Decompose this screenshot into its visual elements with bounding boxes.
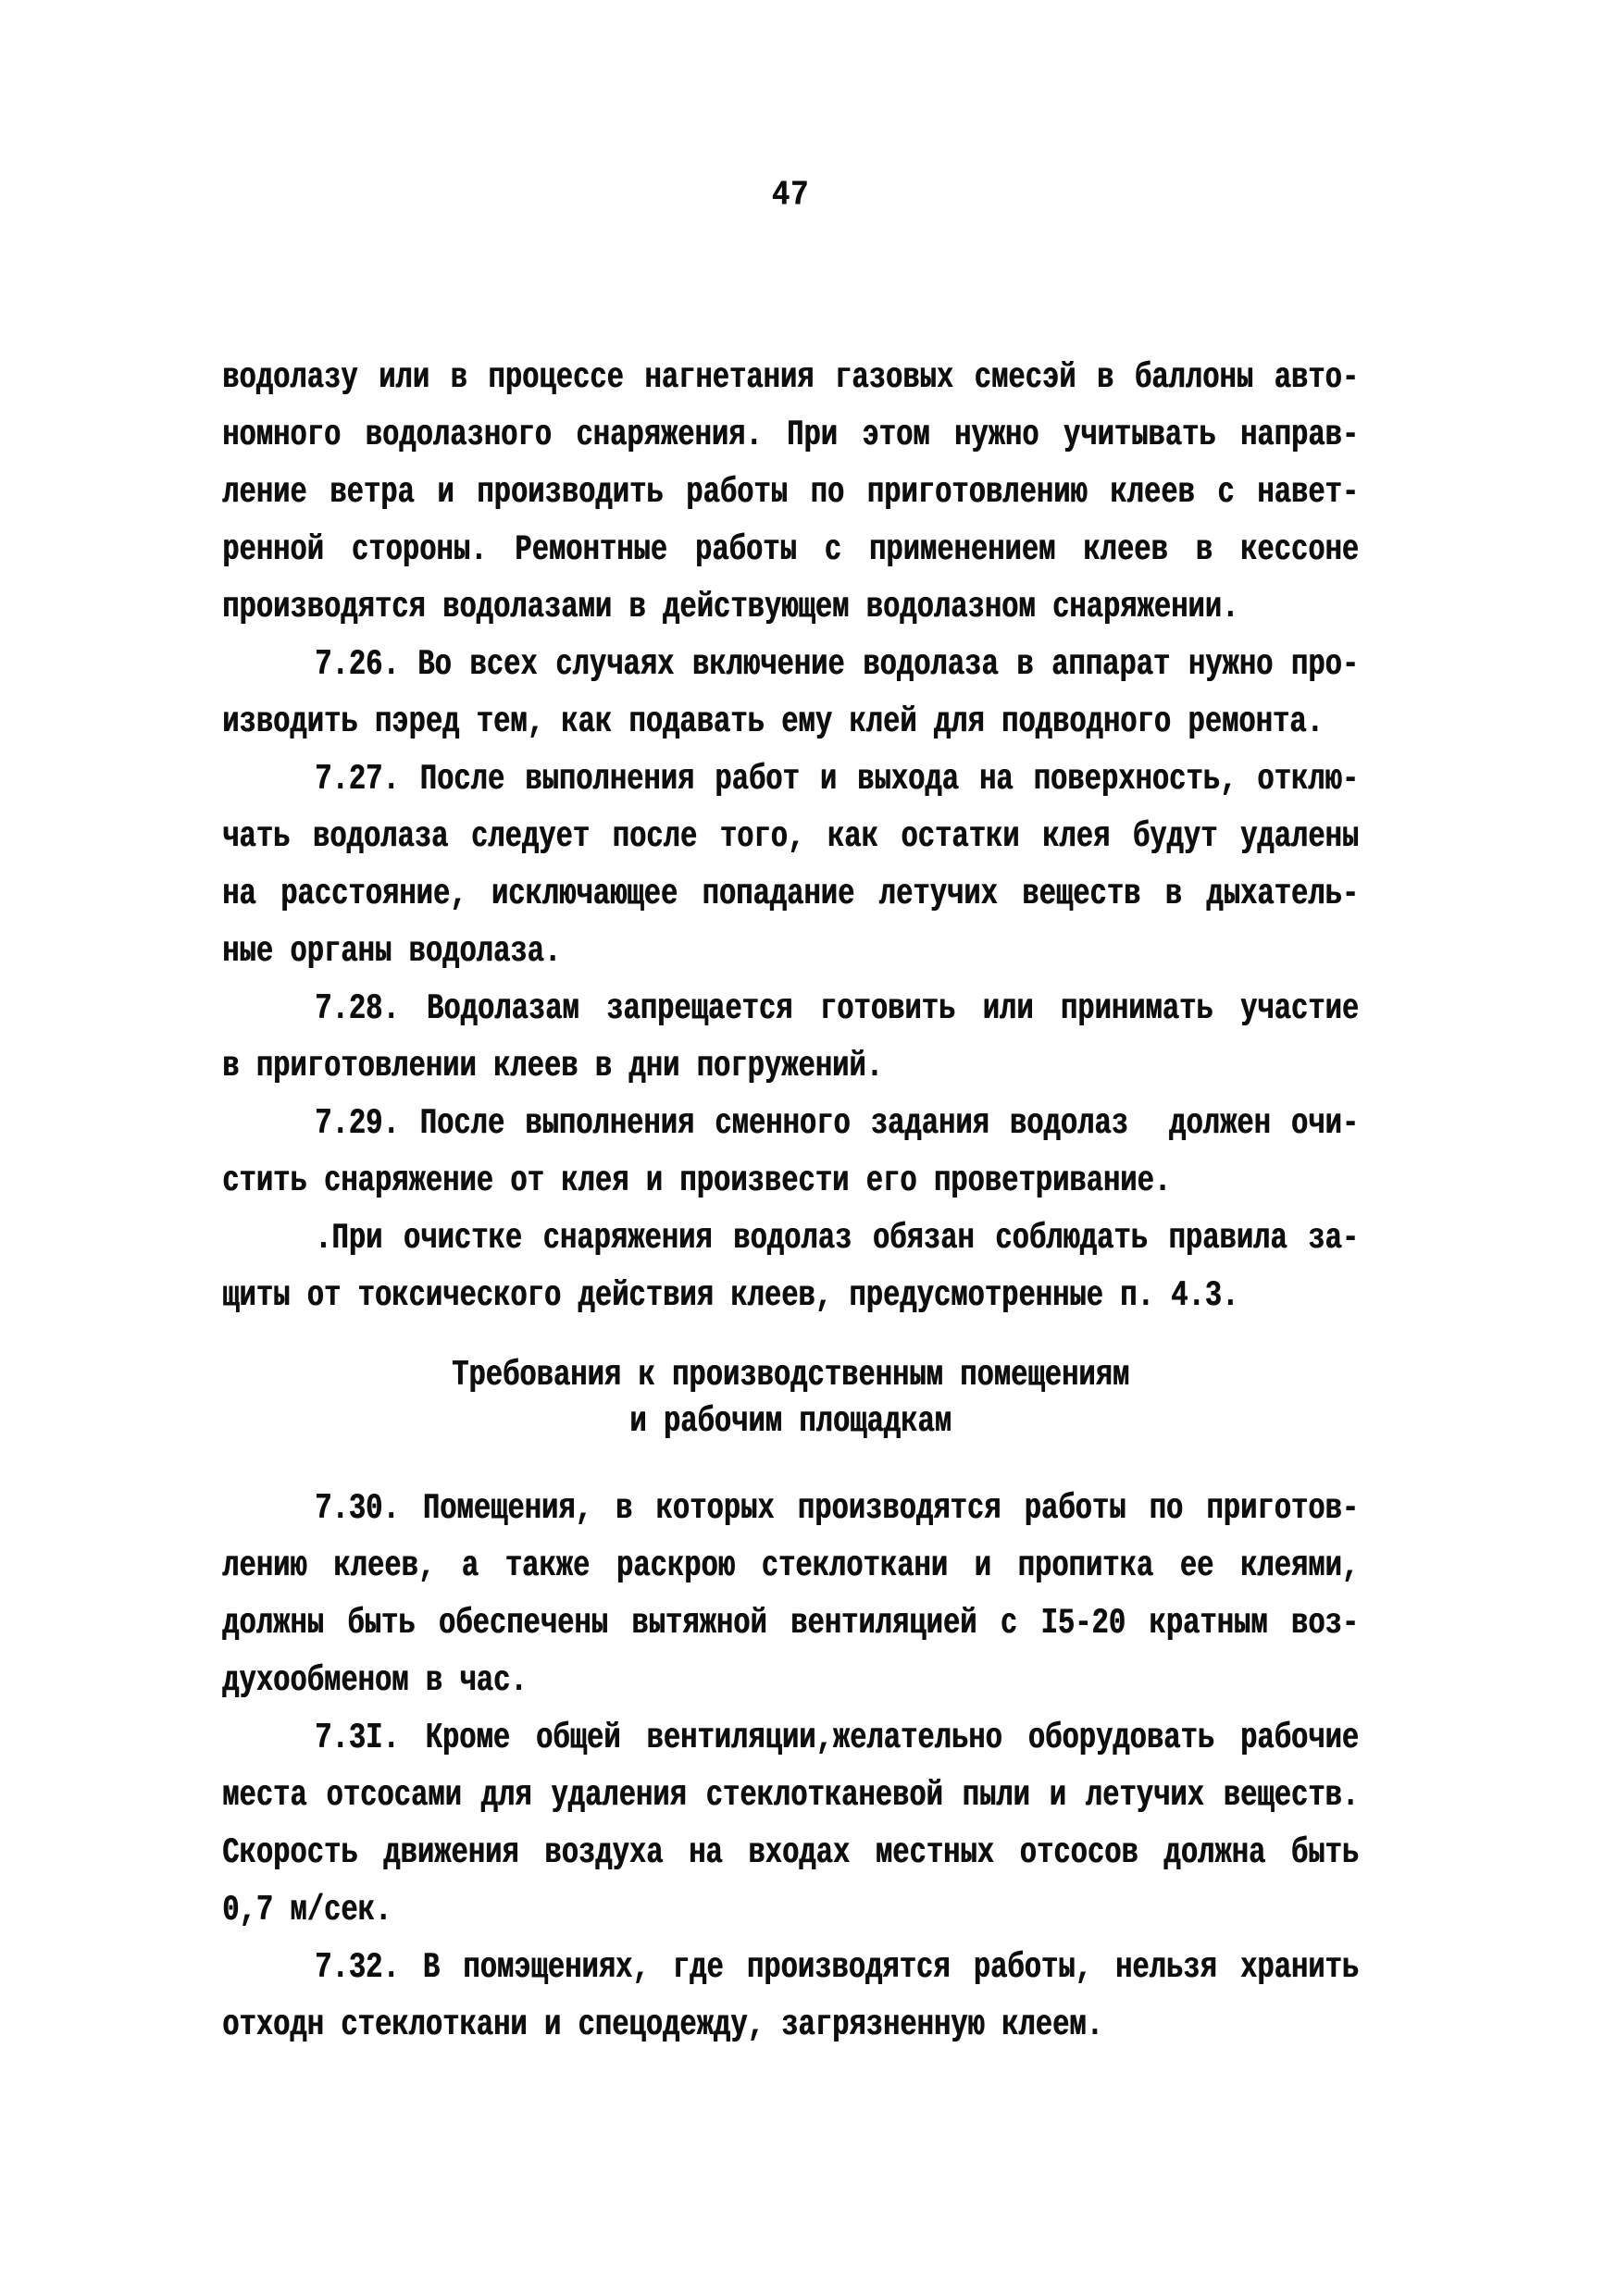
para-7-29: 7.29. После выполнения сменного задания …: [222, 1096, 1359, 1210]
heading-line: и рабочим площадкам: [222, 1393, 1359, 1452]
section-heading: Требования к производственным помещениям…: [222, 1353, 1359, 1446]
para-7-27: 7.27. После выполнения работ и выхода на…: [222, 751, 1359, 981]
text-line: щиты от токсического действия клеев, пре…: [222, 1260, 1359, 1333]
para-7-28: 7.28. Водолазам запрещается готовить или…: [222, 981, 1359, 1096]
page-number: 47: [222, 174, 1359, 215]
text-line: отходн стеклоткани и спецодежду, загрязн…: [222, 1989, 1359, 2062]
para-7-31: 7.3I. Кроме общей вентиляции,желательно …: [222, 1710, 1359, 1940]
para-7-30: 7.30. Помещения, в которых производятся …: [222, 1481, 1359, 1710]
para-7-26: 7.26. Во всех случаях включение водолаза…: [222, 637, 1359, 751]
para-7-32: 7.32. В помэщениях, где производятся раб…: [222, 1940, 1359, 2054]
para-7-29-cleaning: .При очистке снаряжения водолаз обязан с…: [222, 1210, 1359, 1325]
document-page: 47 водолазу или в процессе нагнетания га…: [0, 0, 1617, 2296]
document-text-body: водолазу или в процессе нагнетания газов…: [222, 350, 1359, 2054]
para-continuation: водолазу или в процессе нагнетания газов…: [222, 350, 1359, 637]
